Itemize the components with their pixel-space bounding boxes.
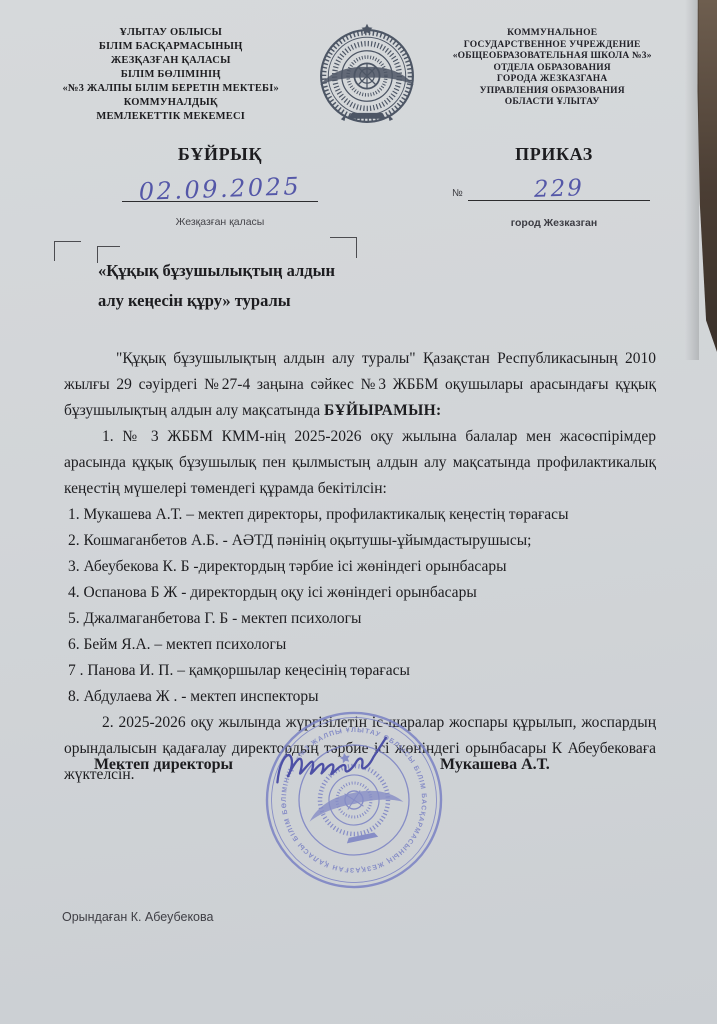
subject-line: алу кеңесін құру» туралы: [98, 286, 368, 316]
org-name-russian: КОММУНАЛЬНОЕ ГОСУДАРСТВЕННОЕ УЧРЕЖДЕНИЕ …: [421, 20, 683, 130]
school-round-stamp: • ҰЛЫТАУ ОБЛЫСЫ БІЛІМ БАСҚАРМАСЫНЫҢ ЖЕЗҚ…: [240, 686, 468, 914]
executor-note: Орындаған К. Абеубекова: [62, 910, 213, 924]
crop-mark-icon: [330, 237, 357, 258]
letterhead: ҰЛЫТАУ ОБЛЫСЫ БІЛІМ БАСҚАРМАСЫНЫҢ ЖЕЗҚАЗ…: [28, 20, 683, 130]
org-line: БІЛІМ БАСҚАРМАСЫНЫҢ: [28, 40, 313, 54]
city-kazakh: Жезқазған қаласы: [85, 216, 355, 228]
list-item: 2. Кошмаганбетов А.Б. - АӘТД пәнінің оқы…: [68, 528, 656, 554]
handwritten-date: 02.09.2025: [122, 172, 319, 207]
list-item: 5. Джалмаганбетова Г. Б - мектеп психоло…: [68, 606, 656, 632]
org-line: ОТДЕЛА ОБРАЗОВАНИЯ: [421, 63, 683, 75]
city-russian: город Жезказган: [428, 217, 680, 229]
org-line: «№3 ЖАЛПЫ БІЛІМ БЕРЕТІН МЕКТЕБІ»: [28, 82, 313, 96]
document-page: ҰЛЫТАУ ОБЛЫСЫ БІЛІМ БАСҚАРМАСЫНЫҢ ЖЕЗҚАЗ…: [0, 0, 717, 1024]
order-subject-title: «Құқық бұзушылықтың алдын алу кеңесін құ…: [98, 256, 368, 316]
order-number-row: № 229: [428, 175, 680, 201]
order-word-kazakh: БҰЙРЫҚ: [85, 144, 355, 165]
list-item: 1. Мукашева А.Т. – мектеп директоры, про…: [68, 502, 656, 528]
paper-edge-shadow: [685, 0, 699, 360]
signature-row: Мектеп директоры Мукашева А.Т.: [0, 752, 717, 782]
org-name-kazakh: ҰЛЫТАУ ОБЛЫСЫ БІЛІМ БАСҚАРМАСЫНЫҢ ЖЕЗҚАЗ…: [28, 20, 313, 130]
list-item: 4. Оспанова Б Ж - директордың оқу ісі жө…: [68, 580, 656, 606]
org-line: ҰЛЫТАУ ОБЛЫСЫ: [28, 26, 313, 40]
list-item: 6. Бейм Я.А. – мектеп психологы: [68, 632, 656, 658]
date-line: 02.09.2025: [122, 167, 318, 202]
signatory-name: Мукашева А.Т.: [440, 756, 550, 774]
org-line: УПРАВЛЕНИЯ ОБРАЗОВАНИЯ: [421, 86, 683, 98]
order-title-kazakh-block: БҰЙРЫҚ 02.09.2025 Жезқазған қаласы: [85, 144, 355, 228]
signatory-role: Мектеп директоры: [94, 756, 233, 774]
subject-line: «Құқық бұзушылықтың алдын: [98, 256, 368, 286]
crop-mark-icon: [54, 241, 81, 261]
council-members-list: 1. Мукашева А.Т. – мектеп директоры, про…: [64, 502, 656, 710]
preamble-paragraph: "Құқық бұзушылықтың алдын алу туралы" Қа…: [64, 346, 656, 424]
org-line: ГОСУДАРСТВЕННОЕ УЧРЕЖДЕНИЕ: [421, 40, 683, 52]
org-line: КОММУНАЛЬНОЕ: [421, 28, 683, 40]
order-title-russian-block: ПРИКАЗ № 229 город Жезказган: [428, 144, 680, 229]
list-item: 3. Абеубекова К. Б -директордың тәрбие і…: [68, 554, 656, 580]
point-1-paragraph: 1. № 3 ЖББМ КММ-нің 2025-2026 оқу жылына…: [64, 424, 656, 502]
org-line: ГОРОДА ЖЕЗКАЗГАНА: [421, 74, 683, 86]
decree-word: БҰЙЫРАМЫН:: [324, 402, 441, 419]
org-line: ЖЕЗҚАЗҒАН ҚАЛАСЫ: [28, 54, 313, 68]
org-line: БІЛІМ БӨЛІМІНІҢ: [28, 68, 313, 82]
org-line: ОБЛАСТИ ҰЛЫТАУ: [421, 97, 683, 109]
org-line: «ОБЩЕОБРАЗОВАТЕЛЬНАЯ ШКОЛА №3»: [421, 51, 683, 63]
list-item: 7 . Панова И. П. – қамқоршылар кеңесінің…: [68, 658, 656, 684]
kazakhstan-coat-of-arms-icon: [313, 20, 421, 130]
org-line: МЕМЛЕКЕТТІК МЕКЕМЕСІ: [28, 110, 313, 124]
order-word-russian: ПРИКАЗ: [428, 144, 680, 165]
org-line: КОММУНАЛДЫҚ: [28, 96, 313, 110]
number-sign-label: №: [452, 188, 463, 199]
